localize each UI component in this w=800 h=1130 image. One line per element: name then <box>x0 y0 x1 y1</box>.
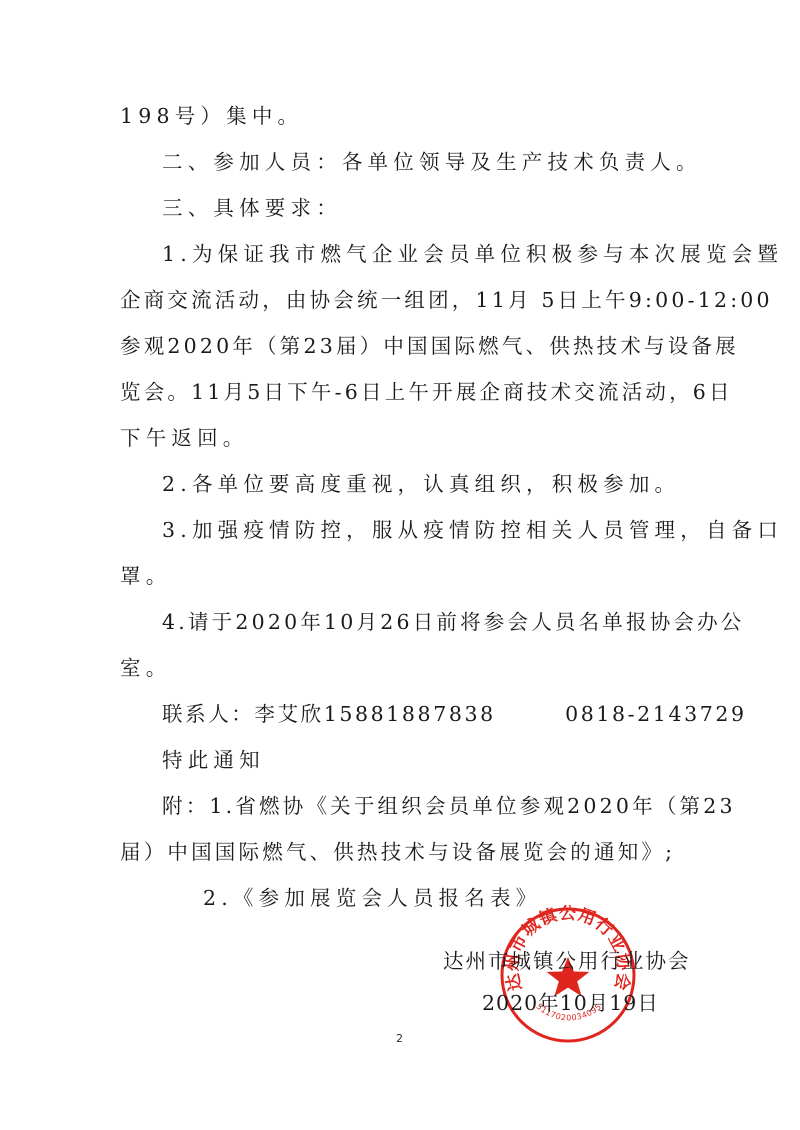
requirement-1-line: 1.为保证我市燃气企业会员单位积极参与本次展览会暨 <box>162 241 783 267</box>
attachment-2-line: 2.《参加展览会人员报名表》 <box>203 885 541 911</box>
attachment-1-line: 届）中国国际燃气、供热技术与设备展览会的通知》; <box>120 839 675 865</box>
requirement-1-line: 企商交流活动，由协会统一组团，11月 5日上午9:00-12:00 <box>120 287 773 313</box>
requirement-3-line: 罩。 <box>120 563 171 589</box>
official-seal: 达州市城镇公用行业协会 5117020034095 <box>498 905 638 1045</box>
body-line: 198号）集中。 <box>120 103 303 129</box>
signature-date: 2020年10月19日 <box>482 986 659 1016</box>
requirement-4-line: 4.请于2020年10月26日前将参会人员名单报协会办公 <box>162 609 745 635</box>
document-page: 198号）集中。 二、参加人员：各单位领导及生产技术负责人。 三、具体要求： 1… <box>0 0 800 1130</box>
requirement-2-line: 2.各单位要高度重视，认真组织，积极参加。 <box>162 471 680 497</box>
requirement-1-line: 览会。11月5日下午-6日上午开展企商技术交流活动，6日 <box>120 379 733 405</box>
closing-notice: 特此通知 <box>162 747 265 773</box>
requirement-4-line: 室。 <box>120 655 171 681</box>
page-number: 2 <box>396 1032 403 1045</box>
signature-organization: 达州市城镇公用行业协会 <box>443 944 691 974</box>
requirement-1-line: 参观2020年（第23届）中国国际燃气、供热技术与设备展 <box>120 333 739 359</box>
requirement-1-line: 下午返回。 <box>120 425 249 451</box>
section-requirements-heading: 三、具体要求： <box>162 195 342 221</box>
requirement-3-line: 3.加强疫情防控，服从疫情防控相关人员管理，自备口 <box>162 517 783 543</box>
attachment-1-line: 附：1.省燃协《关于组织会员单位参观2020年（第23 <box>162 793 736 819</box>
contact-line: 联系人：李艾欣15881887838 0818-2143729 <box>162 701 747 727</box>
section-participants: 二、参加人员：各单位领导及生产技术负责人。 <box>162 149 702 175</box>
